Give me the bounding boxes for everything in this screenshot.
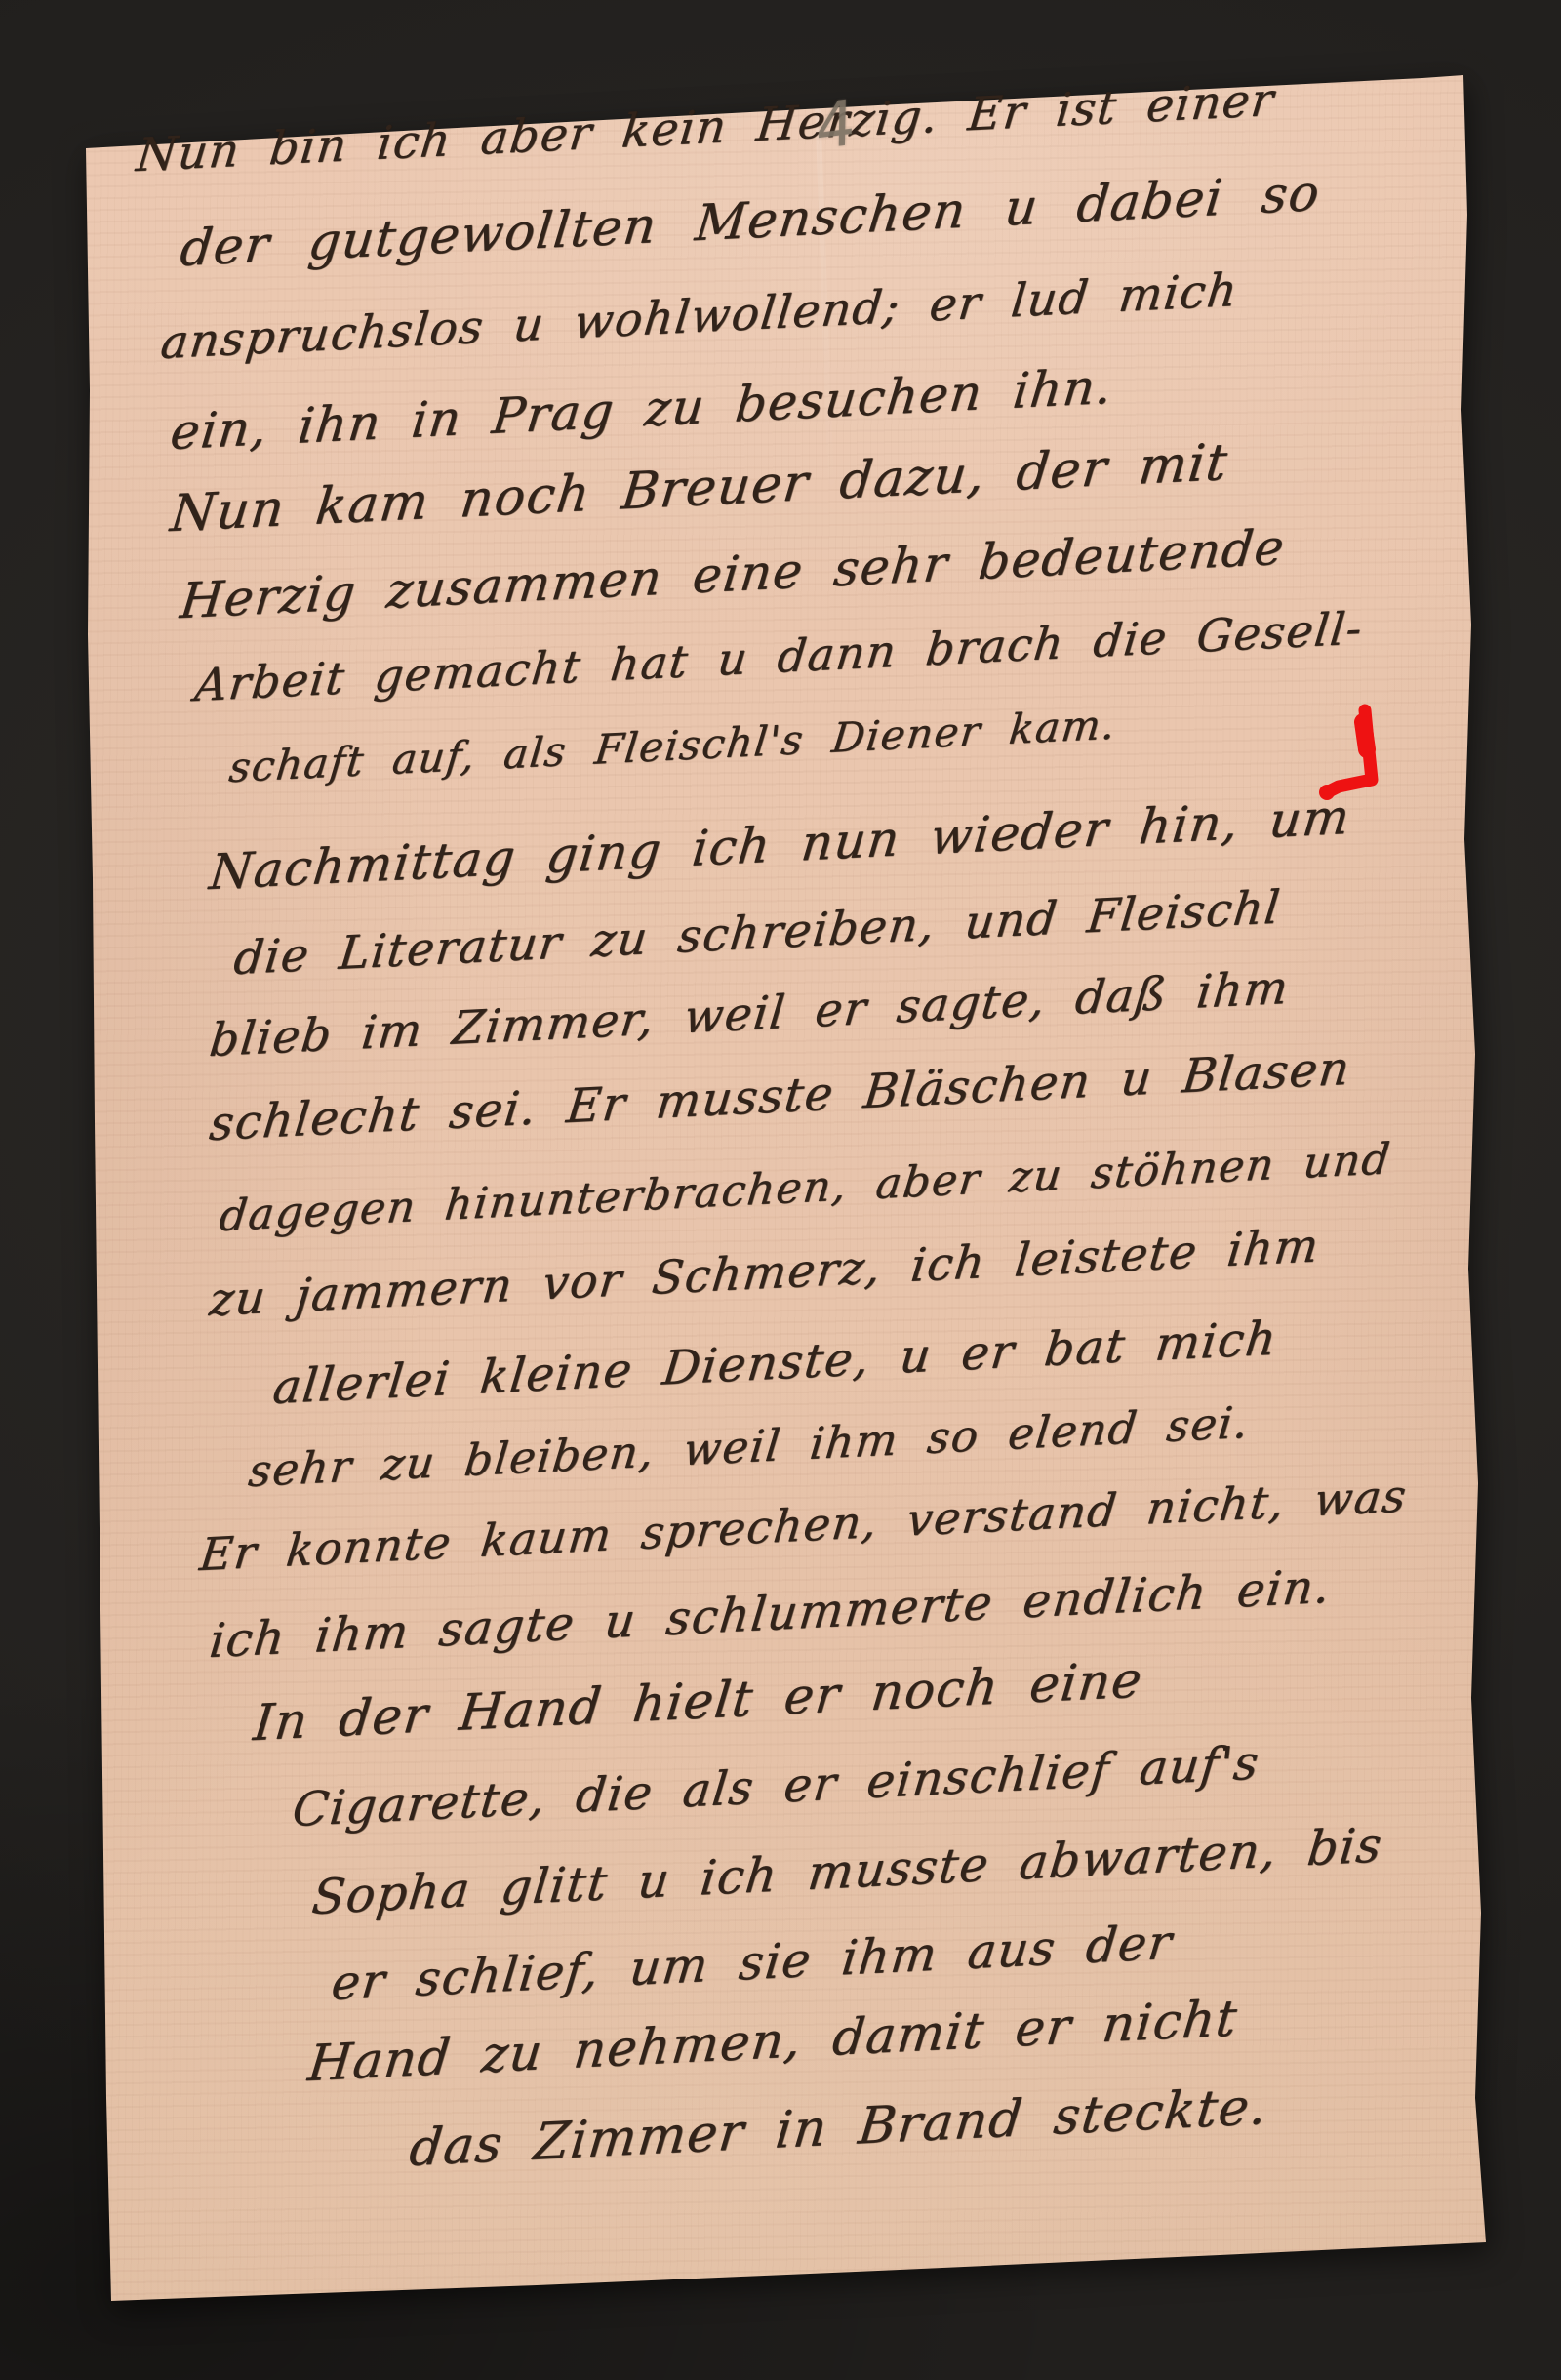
page-number-annotation: 4 xyxy=(815,87,856,165)
manuscript-scan: Nun bin ich aber kein Herzig. Er ist ein… xyxy=(0,0,1561,2380)
